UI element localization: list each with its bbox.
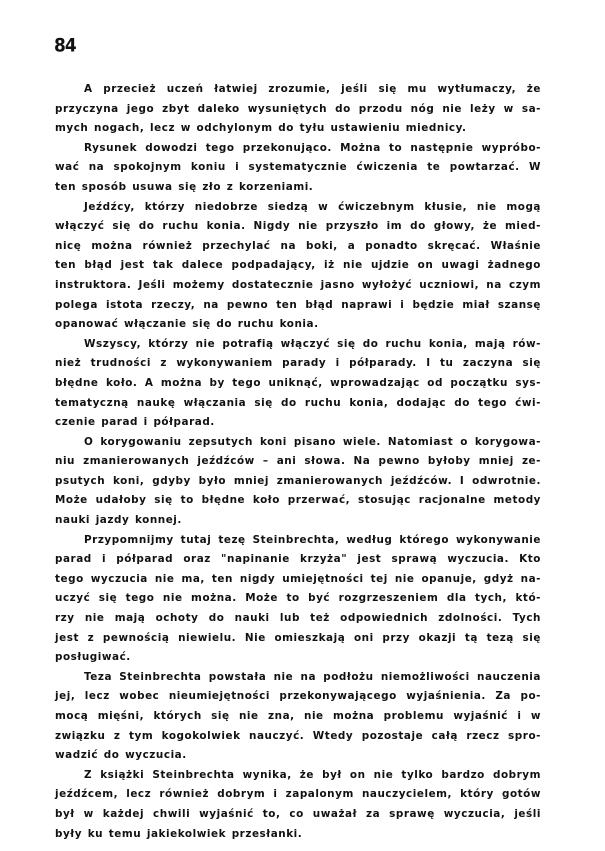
text-line: nicę można również przechylać na boki, a… (55, 237, 541, 257)
paragraph: Wszyscy, którzy nie potrafią włączyć się… (55, 335, 555, 433)
text-line: Wszyscy, którzy nie potrafią włączyć się… (55, 335, 541, 355)
paragraph: Przypomnijmy tutaj tezę Steinbrechta, we… (55, 531, 555, 668)
text-line: uczyć się tego nie można. Może to być ro… (55, 589, 541, 609)
text-line: wać na spokojnym koniu i systematycznie … (55, 158, 541, 178)
text-line: włączyć się do ruchu konia. Nigdy nie pr… (55, 217, 541, 237)
paragraph: O korygowaniu zepsutych koni pisano wiel… (55, 433, 555, 531)
text-line: wadzić do wyczucia. (55, 746, 555, 766)
text-line: były ku temu jakiekolwiek przesłanki. (55, 825, 555, 845)
text-line: jej, lecz wobec nieumiejętności przekony… (55, 687, 541, 707)
text-line: nauki jazdy konnej. (55, 511, 555, 531)
text-line: jest z pewnością niewielu. Nie omieszkaj… (55, 629, 541, 649)
text-line: psutych koni, gdyby było mniej zmanierow… (55, 472, 541, 492)
paragraph: Rysunek dowodzi tego przekonująco. Można… (55, 139, 555, 198)
text-line: A przecież uczeń łatwiej zrozumie, jeśli… (55, 80, 541, 100)
text-line: Może udałoby się to błędne koło przerwać… (55, 491, 541, 511)
text-line: O korygowaniu zepsutych koni pisano wiel… (55, 433, 541, 453)
text-line: przyczyna jego zbyt daleko wysuniętych d… (55, 100, 541, 120)
text-line: polega istota rzeczy, na pewno ten błąd … (55, 296, 541, 316)
text-line: mocą mięśni, których się nie zna, nie mo… (55, 707, 541, 727)
text-line: Jeźdźcy, którzy niedobrze siedzą w ćwicz… (55, 198, 541, 218)
text-line: był w każdej chwili wyjaśnić to, co uważ… (55, 805, 541, 825)
text-line: nież trudności z wykonywaniem parady i p… (55, 354, 541, 374)
text-line: Teza Steinbrechta powstała nie na podłoż… (55, 668, 541, 688)
text-line: czenie parad i półparad. (55, 413, 555, 433)
text-line: błędne koło. A można by tego uniknąć, wp… (55, 374, 541, 394)
text-line: jeźdźcem, lecz również dobrym i zapalony… (55, 785, 541, 805)
text-line: tego wyczucia nie ma, ten nigdy umiejętn… (55, 570, 541, 590)
text-line: posługiwać. (55, 648, 555, 668)
text-line: rzy nie mają ochoty do nauki lub też odp… (55, 609, 541, 629)
text-line: instruktora. Jeśli możemy dostatecznie j… (55, 276, 541, 296)
text-line: Przypomnijmy tutaj tezę Steinbrechta, we… (55, 531, 541, 551)
text-line: mych nogach, lecz w odchylonym do tyłu u… (55, 119, 555, 139)
text-line: ten sposób usuwa się zło z korzeniami. (55, 178, 555, 198)
text-line: Rysunek dowodzi tego przekonująco. Można… (55, 139, 541, 159)
text-line: tematyczną naukę włączania się do ruchu … (55, 394, 541, 414)
text-line: związku z tym kogokolwiek nauczyć. Wtedy… (55, 727, 541, 747)
paragraph: Jeźdźcy, którzy niedobrze siedzą w ćwicz… (55, 198, 555, 335)
text-line: parad i półparad oraz "napinanie krzyża"… (55, 550, 541, 570)
text-line: niu zmanierowanych jeźdźców – ani słowa.… (55, 452, 541, 472)
paragraph: Teza Steinbrechta powstała nie na podłoż… (55, 668, 555, 766)
text-line: ten błąd jest tak dalece podpadający, iż… (55, 256, 541, 276)
text-body: A przecież uczeń łatwiej zrozumie, jeśli… (55, 80, 555, 844)
text-line: Z książki Steinbrechta wynika, że był on… (55, 766, 541, 786)
paragraph: Z książki Steinbrechta wynika, że był on… (55, 766, 555, 844)
page-number: 84 (54, 35, 76, 57)
text-line: opanować włączanie się do ruchu konia. (55, 315, 555, 335)
paragraph: A przecież uczeń łatwiej zrozumie, jeśli… (55, 80, 555, 139)
